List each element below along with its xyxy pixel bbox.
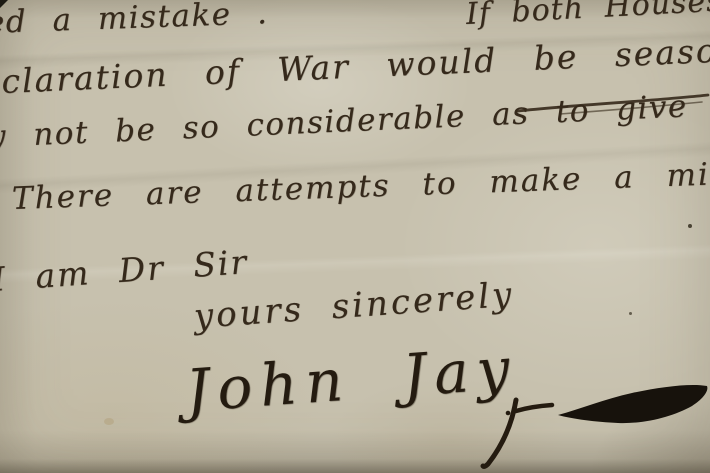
letter-line-if-both-houses: If both Houses	[465, 0, 710, 30]
signature-ink-dot	[506, 411, 511, 416]
foxing-speck	[688, 224, 692, 228]
underlined-word-seasonable: seasonable	[614, 26, 710, 74]
closing-valediction: yours sincerely	[193, 278, 516, 334]
closing-salutation: I am Dr Sir	[0, 245, 249, 296]
letter-photograph: ed a mistake . If both Houses eclaration…	[0, 0, 710, 473]
foxing-speck	[629, 312, 632, 315]
line-declaration-plain-text: eclaration of War would be	[0, 35, 616, 102]
john-jay-signature: John Jay	[184, 339, 519, 420]
letter-line-declaration-of-war: eclaration of War would be seasonable	[0, 29, 710, 99]
letter-line-mistake: ed a mistake .	[0, 0, 269, 39]
dark-corner-top-left	[0, 0, 8, 8]
signature-dash-stroke	[516, 405, 552, 411]
letter-line-attempts-mischief: There are attempts to make a mischievous	[11, 154, 710, 215]
paper-stain	[104, 418, 114, 425]
signature-y-tail-stroke	[483, 400, 516, 466]
signature-flourish	[558, 385, 707, 423]
